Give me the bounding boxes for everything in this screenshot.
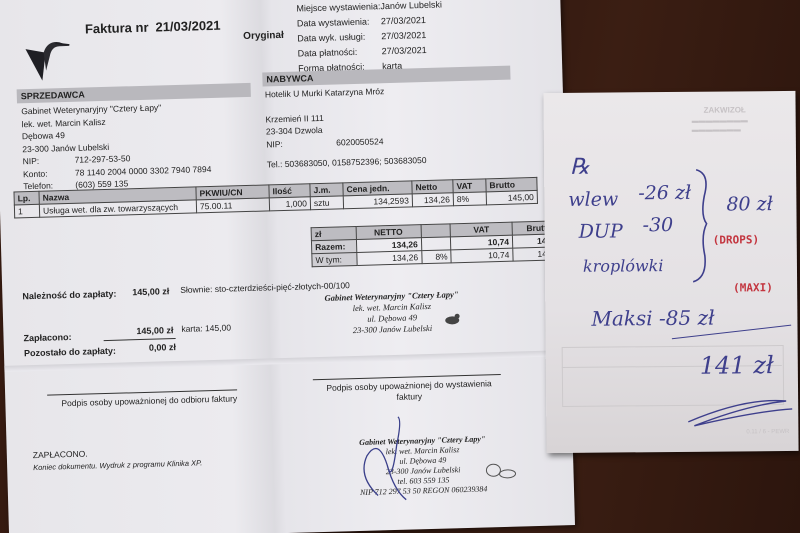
meta-value: 27/03/2021 bbox=[381, 28, 426, 44]
scribble-signature bbox=[686, 391, 796, 428]
maxi-label: (MAXI) bbox=[733, 281, 773, 294]
dog-cat-stamp-icon bbox=[443, 313, 461, 325]
table-cell: 1 bbox=[14, 204, 39, 218]
paid-method: karta: 145,00 bbox=[181, 323, 231, 334]
column-header: VAT bbox=[453, 179, 486, 193]
curly-brace bbox=[692, 166, 723, 286]
note-line-3-name: kroplówki bbox=[583, 256, 664, 276]
meta-value: Janów Lubelski bbox=[380, 0, 442, 14]
note-line-1-name: wlew bbox=[568, 188, 618, 210]
table-cell: 145,00 bbox=[486, 190, 537, 204]
note-line-1-value: -26 zł bbox=[638, 182, 691, 204]
seller-heading: SPRZEDAWCA bbox=[17, 83, 251, 104]
invoice-meta: Miejsce wystawienia:Janów LubelskiData w… bbox=[296, 0, 444, 77]
meta-value: 27/03/2021 bbox=[381, 13, 426, 29]
remaining-value: 0,00 zł bbox=[149, 342, 176, 353]
column-header: J.m. bbox=[310, 183, 343, 197]
meta-value: 27/03/2021 bbox=[381, 43, 426, 59]
summary-header: zł bbox=[311, 226, 356, 240]
table-cell: 1,000 bbox=[269, 197, 310, 211]
paid-label: Zapłacono: bbox=[23, 332, 71, 343]
paid-value: 145,00 zł bbox=[133, 325, 173, 336]
dog-cat-stamp-icon bbox=[483, 460, 518, 483]
handwritten-note: ZAKWIZOŁ ▬▬▬▬▬▬▬▬ ▬▬▬▬▬▬▬ ℞ wlew -26 zł … bbox=[543, 91, 798, 453]
handwritten-signature bbox=[356, 414, 438, 506]
bird-logo-icon bbox=[23, 34, 72, 83]
table-cell: sztu bbox=[310, 196, 343, 210]
buyer-block: Hotelik U Murki Katarzyna Mróz Krzemień … bbox=[265, 84, 427, 171]
due-value: 145,00 zł bbox=[132, 286, 169, 297]
table-cell: 75.00.11 bbox=[196, 198, 269, 213]
note-line-2-name: DUP bbox=[579, 220, 623, 242]
summary-cell: Razem: bbox=[311, 239, 356, 253]
invoice-document: Faktura nr 21/03/2021 Oryginał Miejsce w… bbox=[0, 0, 575, 533]
summary-table: złNETTOVATBrutto Razem:134,2610,74145,00… bbox=[311, 220, 568, 267]
receiver-signature-label: Podpis osoby upoważnionej do odbioru fak… bbox=[61, 393, 237, 408]
table-cell: 134,2593 bbox=[343, 194, 412, 209]
document-footer: Koniec dokumentu. Wydruk z programu Klin… bbox=[33, 458, 202, 472]
column-header: Netto bbox=[412, 180, 453, 194]
column-header: Lp. bbox=[14, 191, 39, 205]
summary-header bbox=[421, 224, 451, 238]
invoice-title: Faktura nr 21/03/2021 bbox=[85, 18, 221, 37]
paid-stamp-text: ZAPŁACONO. bbox=[33, 449, 88, 461]
paid-underline bbox=[104, 338, 176, 341]
buyer-nip: 6020050524 bbox=[336, 135, 384, 149]
table-cell: 134,26 bbox=[412, 193, 453, 207]
summary-cell: 134,26 bbox=[356, 251, 421, 266]
copy-label: Oryginał bbox=[243, 30, 284, 42]
due-label: Należność do zapłaty: bbox=[22, 289, 116, 302]
issuer-signature-label: Podpis osoby upoważnionej do wystawienia… bbox=[321, 378, 498, 405]
summary-cell: 8% bbox=[421, 250, 451, 264]
drops-label: (DROPS) bbox=[713, 233, 759, 246]
maxi-line: Maksi -85 zł bbox=[591, 306, 714, 331]
invoice-number: 21/03/2021 bbox=[155, 18, 220, 35]
group-total: 80 zł bbox=[726, 193, 773, 215]
rx-symbol: ℞ bbox=[570, 155, 590, 180]
seller-stamp-top: Gabinet Weterynaryjny "Cztery Łapy"lek. … bbox=[324, 289, 459, 337]
remaining-label: Pozostało do zapłaty: bbox=[24, 346, 116, 359]
summary-cell bbox=[421, 237, 451, 251]
note-total: 141 zł bbox=[700, 351, 774, 380]
summary-cell: W tym: bbox=[312, 252, 357, 266]
stamp-line: 23-300 Janów Lubelski bbox=[325, 322, 459, 337]
table-cell: 8% bbox=[453, 192, 486, 206]
summary-cell: 10,74 bbox=[451, 248, 513, 263]
note-line-2-value: -30 bbox=[642, 214, 673, 236]
seller-block: Gabinet Weterynaryjny "Cztery Łapy" lek.… bbox=[21, 100, 212, 193]
column-header: Ilość bbox=[269, 184, 310, 198]
